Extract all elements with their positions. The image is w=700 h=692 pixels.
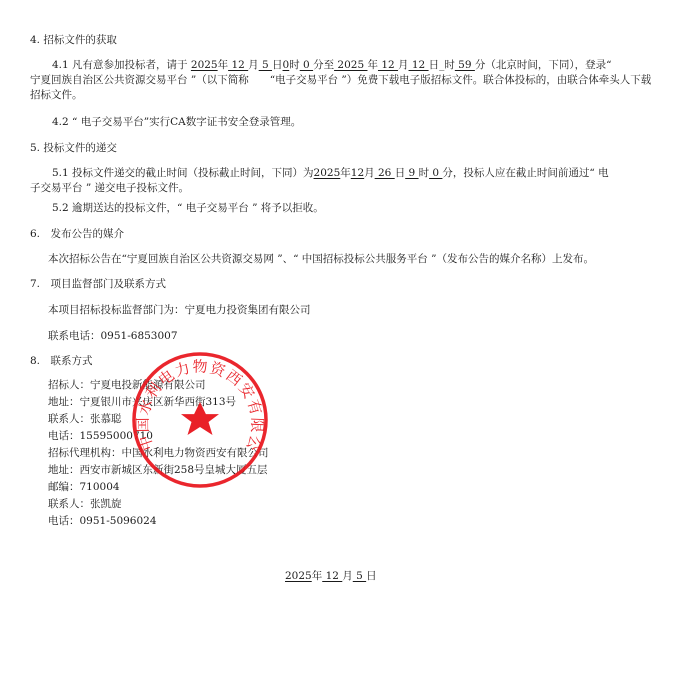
section-7-dept: 本项目招标投标监督部门为：宁夏电力投资集团有限公司 [48, 303, 311, 317]
section-8-heading: 8. 联系方式 [30, 354, 93, 368]
text: 日_时 [429, 59, 455, 71]
text: 月 [364, 167, 375, 179]
section-5-2: 5.2 逾期送达的投标文件，“ 电子交易平台 ” 将予以拒收。 [52, 201, 324, 215]
section-7-phone: 联系电话：0951-6853007 [48, 329, 178, 343]
date-day: 5 [353, 570, 366, 582]
section-4-1-line1: 4.1 凡有意参加投标者，请于 2025年 12 月 5 日0时 0 分至 20… [52, 58, 612, 72]
text: 5.1 投标文件递交的截止时间（投标截止时间，下同）为 [52, 167, 314, 179]
text: 日 [366, 570, 377, 582]
section-5-1-line1: 5.1 投标文件递交的截止时间（投标截止时间，下同）为2025年12月 26 日… [52, 166, 609, 180]
text: 分，投标人应在截止时间前通过“ 电 [442, 167, 608, 179]
section-5-1-line2: 子交易平台 ” 递交电子投标文件。 [30, 181, 189, 195]
end-minute: 59 [455, 59, 475, 71]
date-year: 2025 [285, 570, 312, 582]
text: 时 [419, 167, 430, 179]
end-month: 12 [378, 59, 398, 71]
text: 月 [398, 59, 409, 71]
text: 4.1 凡有意参加投标者，请于 [52, 59, 188, 71]
text: 月 [248, 59, 259, 71]
deadline-minute: 0 [429, 167, 442, 179]
text: 年 [340, 167, 351, 179]
date-month: 12 [322, 570, 342, 582]
company-seal-stamp: 中国水利电力物资西安有限公司 [130, 350, 270, 490]
text: 日 [395, 167, 406, 179]
deadline-hour: 9 [405, 167, 418, 179]
deadline-day: 26 [375, 167, 395, 179]
start-day: 5 [259, 59, 272, 71]
star-icon [181, 402, 219, 435]
end-day: 12 [409, 59, 429, 71]
section-4-1-line3: 招标文件。 [30, 88, 83, 102]
text: 时 [289, 59, 300, 71]
section-6-body: 本次招标公告在“宁夏回族自治区公共资源交易网 ”、“ 中国招标投标公共服务平台 … [48, 252, 594, 266]
text: 分至 [313, 59, 334, 71]
contact-line: 邮编：710004 [48, 480, 120, 494]
section-6-heading: 6. 发布公告的媒介 [30, 227, 124, 241]
stamp-text: 中国水利电力物资西安有限公司 [130, 350, 266, 455]
section-4-2: 4.2 “ 电子交易平台”实行CA数字证书安全登录管理。 [52, 115, 301, 129]
contact-line: 联系人：张凯旋 [48, 497, 122, 511]
text: 日 [272, 59, 283, 71]
contact-line: 电话：0951-5096024 [48, 514, 157, 528]
contact-line: 联系人：张慕聪 [48, 412, 122, 426]
deadline-month: 12 [351, 167, 364, 179]
svg-text:中国水利电力物资西安有限公司: 中国水利电力物资西安有限公司 [130, 350, 266, 455]
section-4-heading: 4. 招标文件的获取 [30, 33, 117, 47]
deadline-year: 2025 [314, 167, 341, 179]
signature-date: 2025年 12 月 5 日 [285, 569, 377, 583]
start-minute: 0 [300, 59, 313, 71]
section-5-heading: 5. 投标文件的递交 [30, 141, 117, 155]
start-month: 12 [228, 59, 248, 71]
text: 分（北京时间，下同），登录“ [475, 59, 612, 71]
end-year: 2025 [334, 59, 367, 71]
text: 月 [342, 570, 353, 582]
text: 年 [218, 59, 229, 71]
start-year: 2025 [191, 59, 218, 71]
text: 年 [312, 570, 323, 582]
section-4-1-line2: 宁夏回族自治区公共资源交易平台 ”（以下简称 “电子交易平台 ”）免费下载电子版… [30, 73, 651, 87]
text: 年 [367, 59, 378, 71]
section-7-heading: 7. 项目监督部门及联系方式 [30, 277, 166, 291]
